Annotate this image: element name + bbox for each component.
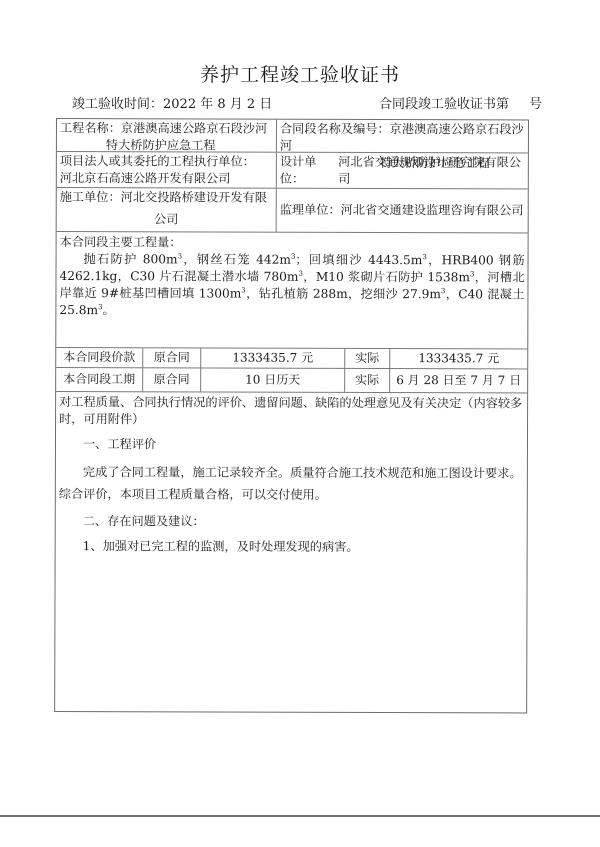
price-original-value: 1333435.7 元: [201, 348, 345, 367]
price-label: 本合同段价款: [56, 348, 143, 367]
quantity-item: 回填细沙 4443.5m3，: [308, 253, 442, 267]
owner-cell: 项目法人或其委托的工程执行单位： 河北京石高速公路开发有限公司: [57, 152, 277, 188]
construction-value-cont: 公司: [60, 211, 273, 229]
header-meta: 竣工验收时间：2022 年 8 月 2 日 合同段竣工验收证书第号: [72, 93, 542, 112]
price-actual-label: 实际: [345, 349, 390, 368]
duration-original-value: 10 日历天: [201, 368, 345, 391]
contract-section-label: 合同段名称及编号：: [280, 122, 390, 136]
contract-section-cell: 合同段名称及编号：京港澳高速公路京石段沙河 特大桥防护应急工程: [277, 120, 528, 153]
evaluation-section: 对工程质量、合同执行情况的评价、遗留问题、缺陷的处理意见及有关决定（内容较多时，…: [56, 392, 528, 558]
project-name-value: 京港澳高速公路京石段沙河: [121, 121, 267, 135]
quantity-item: C30 片石混凝土潜水墙 780m3，: [130, 269, 316, 284]
design-value: 河北省交通规划设计研究院有限公司: [338, 153, 525, 188]
certificate-number: 合同段竣工验收证书第号: [379, 93, 542, 112]
price-actual-value: 1333435.7 元: [390, 349, 527, 368]
section2-item: 1、加强对已完工程的监测，及时处理发现的病害。: [59, 538, 524, 556]
quantity-item: 钢丝石笼 442m3；: [197, 252, 308, 266]
document-title: 养护工程竣工验收证书: [0, 60, 600, 87]
section1-body: 完成了合同工程量，施工记录较齐全。质量符合施工技术规范和施工图设计要求。综合评价…: [59, 461, 524, 506]
project-name-cell: 工程名称：京港澳高速公路京石段沙河 特大桥防护应急工程: [57, 119, 277, 152]
duration-label: 本合同段工期: [56, 368, 143, 391]
supervision-label: 监理单位：: [280, 202, 341, 219]
supervision-cell: 监理单位：河北省交通建设监理咨询有限公司: [277, 189, 528, 233]
quantities-heading: 本合同段主要工程量：: [60, 234, 525, 252]
section1-title: 一、工程评价: [59, 436, 524, 454]
acceptance-date-label: 竣工验收时间：: [72, 97, 163, 112]
certificate-number-suffix: 号: [529, 97, 542, 112]
design-label: 设计单位：: [280, 153, 338, 187]
project-row: 工程名称：京港澳高速公路京石段沙河 特大桥防护应急工程 合同段名称及编号：京港澳…: [57, 119, 528, 153]
main-quantities-section: 本合同段主要工程量： 抛石防护 800m3，钢丝石笼 442m3；回填细沙 44…: [56, 232, 527, 349]
quantity-item: 钻孔植筋 288m，: [259, 287, 361, 301]
contract-price-row: 本合同段价款 原合同 1333435.7 元 实际 1333435.7 元: [56, 348, 527, 369]
evaluation-heading: 对工程质量、合同执行情况的评价、遗留问题、缺陷的处理意见及有关决定（内容较多时，…: [59, 394, 524, 429]
duration-actual-value: 6 月 28 日至 7 月 7 日: [390, 369, 527, 392]
design-cell: 设计单位：河北省交通规划设计研究院有限公司: [277, 153, 528, 189]
supervision-value: 河北省交通建设监理咨询有限公司: [341, 202, 524, 220]
construction-cell: 施工单位：河北交投路桥建设开发有限 公司: [57, 188, 277, 232]
scan-bottom-edge: [0, 815, 600, 817]
project-name-label: 工程名称：: [60, 121, 121, 135]
construction-label: 施工单位：: [60, 190, 121, 204]
duration-actual-label: 实际: [345, 369, 390, 392]
duration-original-label: 原合同: [143, 368, 201, 391]
price-original-label: 原合同: [143, 348, 201, 367]
acceptance-date: 竣工验收时间：2022 年 8 月 2 日: [72, 93, 272, 112]
section2-title: 二、存在问题及建议：: [59, 513, 524, 531]
acceptance-form: 工程名称：京港澳高速公路京石段沙河 特大桥防护应急工程 合同段名称及编号：京港澳…: [54, 118, 529, 713]
owner-label: 项目法人或其委托的工程执行单位：: [60, 153, 273, 171]
construction-value: 河北交投路桥建设开发有限: [121, 190, 267, 204]
certificate-number-label: 合同段竣工验收证书第: [379, 97, 509, 112]
quantities-list: 抛石防护 800m3，钢丝石笼 442m3；回填细沙 4443.5m3，HRB4…: [59, 251, 524, 320]
owner-design-row: 项目法人或其委托的工程执行单位： 河北京石高速公路开发有限公司 设计单位：河北省…: [57, 152, 528, 189]
quantity-item: M10 浆砌片石防护 1538m3，: [316, 270, 488, 285]
acceptance-date-value: 2022 年 8 月 2 日: [163, 97, 272, 112]
owner-value: 河北京石高速公路开发有限公司: [60, 170, 273, 188]
quantity-item: 抛石防护 800m3，: [84, 252, 197, 266]
quantity-item: 挖细沙 27.9m3，: [360, 287, 458, 301]
certificate-page: 养护工程竣工验收证书 竣工验收时间：2022 年 8 月 2 日 合同段竣工验收…: [0, 0, 600, 847]
construction-supervision-row: 施工单位：河北交投路桥建设开发有限 公司 监理单位：河北省交通建设监理咨询有限公…: [57, 188, 528, 233]
contract-duration-row: 本合同段工期 原合同 10 日历天 实际 6 月 28 日至 7 月 7 日: [56, 368, 527, 393]
